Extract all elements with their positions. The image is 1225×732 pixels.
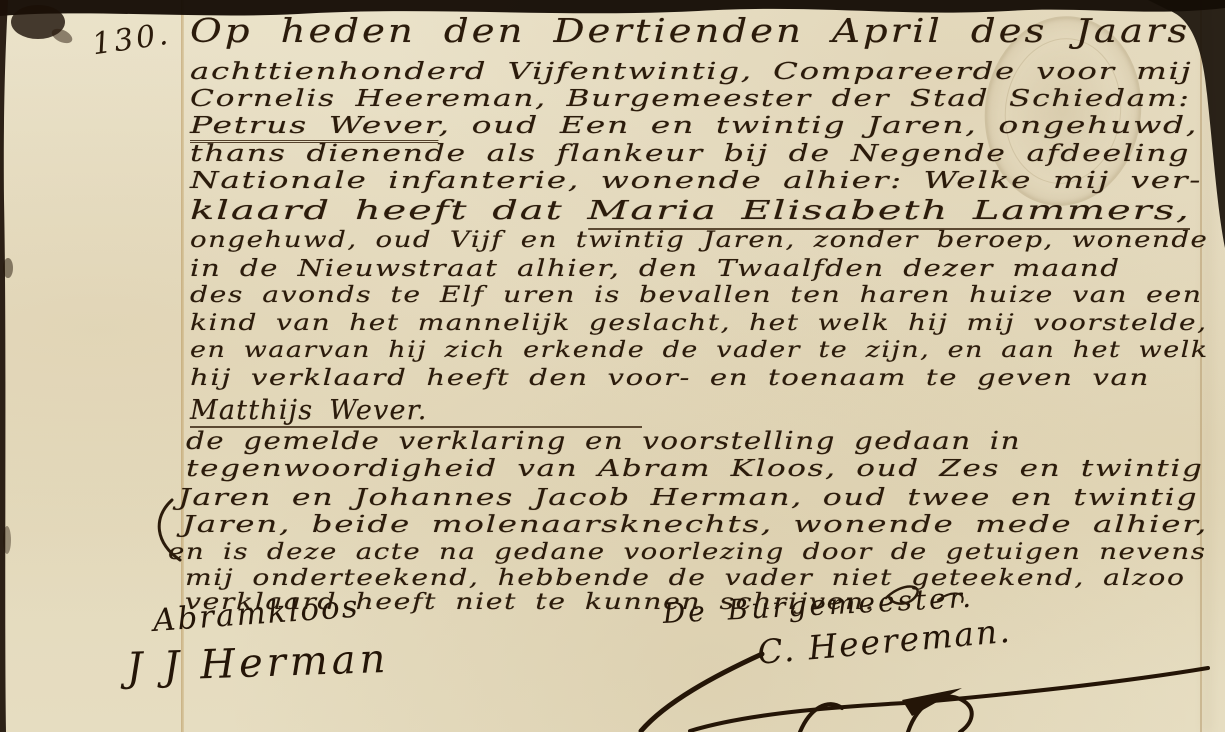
manuscript-page: 130. Op heden den Dertienden April des J… xyxy=(0,0,1225,732)
manuscript-line: en is deze acte na gedane voorlezing doo… xyxy=(168,542,1206,564)
manuscript-line: Jaren, beide molenaarsknechts, wonende m… xyxy=(182,514,1208,537)
manuscript-line: Jaren en Johannes Jacob Herman, oud twee… xyxy=(178,487,1198,510)
manuscript-line: hij verklaard heeft den voor- en toenaam… xyxy=(190,368,1150,390)
page-fold-line xyxy=(1200,0,1202,732)
manuscript-line: Cornelis Heereman, Burgemeester der Stad… xyxy=(190,88,1191,111)
manuscript-line: Petrus Wever, oud Een en twintig Jaren, … xyxy=(190,115,1198,138)
manuscript-line: de gemelde verklaring en voorstelling ge… xyxy=(186,429,1021,453)
manuscript-line: Op heden den Dertienden April des Jaars xyxy=(190,14,1190,47)
manuscript-line: tegenwoordigheid van Abram Kloos, oud Ze… xyxy=(186,458,1203,481)
manuscript-line: en waarvan hij zich erkende de vader te … xyxy=(190,340,1209,362)
manuscript-line: kind van het mannelijk geslacht, het wel… xyxy=(190,313,1208,335)
manuscript-line: mij onderteekend, hebbende de vader niet… xyxy=(185,568,1185,590)
swoosh-arrowhead xyxy=(902,688,962,716)
manuscript-line: achttienhonderd Vijfentwintig, Compareer… xyxy=(190,61,1192,84)
manuscript-line: ongehuwd, oud Vijf en twintig Jaren, zon… xyxy=(190,230,1208,252)
next-entry-partial xyxy=(908,697,972,732)
manuscript-line: thans dienende als flankeur bij de Negen… xyxy=(190,143,1190,166)
manuscript-line: in de Nieuwstraat alhier, den Twaalfden … xyxy=(190,258,1121,281)
manuscript-line: klaard heeft dat Maria Elisabeth Lammers… xyxy=(190,198,1191,224)
signature-witness-herman: J J Herman xyxy=(126,639,390,688)
next-entry-partial xyxy=(800,704,842,732)
manuscript-line: Matthijs Wever. xyxy=(190,397,642,428)
manuscript-line: des avonds te Elf uren is bevallen ten h… xyxy=(190,285,1203,307)
record-number: 130. xyxy=(90,17,173,63)
manuscript-line: Nationale infanterie, wonende alhier: We… xyxy=(190,170,1202,193)
